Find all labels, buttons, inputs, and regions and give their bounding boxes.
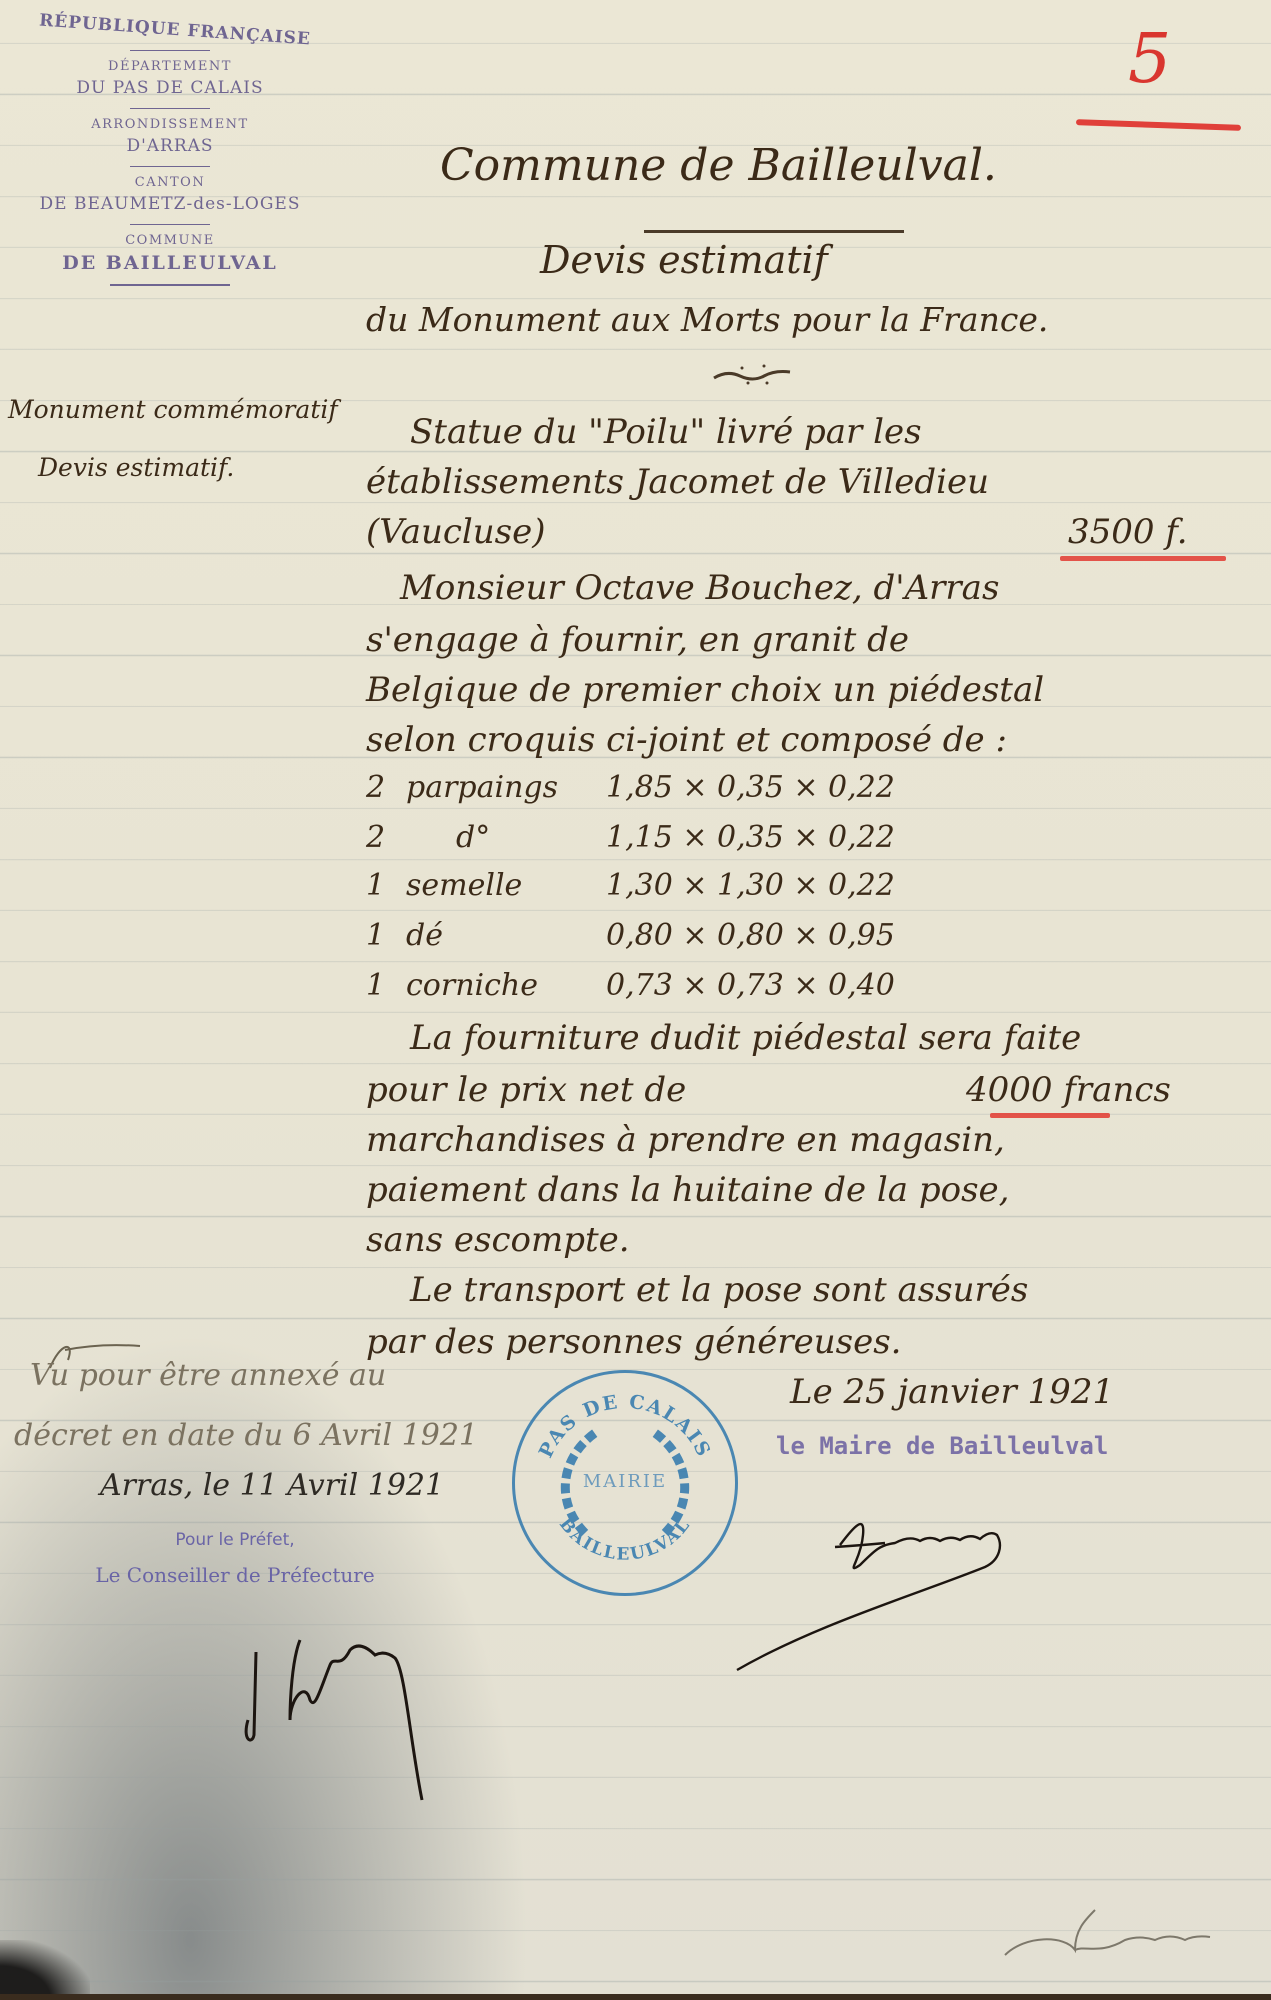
margin-note-line2: Devis estimatif. [38, 453, 234, 482]
prefecture-annotation-line2: décret en date du 6 Avril 1921 [14, 1418, 478, 1453]
document-title: Commune de Bailleulval. [440, 140, 997, 191]
stamp-divider [130, 166, 210, 167]
component-qty: 1 [366, 918, 406, 953]
mayor-stamp: le Maire de Bailleulval [776, 1432, 1108, 1460]
supply-line4: paiement dans la huitaine de la pose, [366, 1170, 1009, 1210]
prefet-stamp-line1: Pour le Préfet, [0, 1530, 470, 1550]
pedestal-line1: Monsieur Octave Bouchez, d'Arras [400, 568, 999, 608]
document-subtitle-line1: Devis estimatif [540, 238, 828, 282]
title-rule [644, 230, 904, 233]
component-dims: 0,73 × 0,73 × 0,40 [606, 968, 895, 1003]
date-line: Le 25 janvier 1921 [790, 1372, 1114, 1412]
paper-bottom-edge [0, 1994, 1271, 2000]
stamp-divider [130, 224, 210, 225]
stamp-canton-value: DE BEAUMETZ-des-LOGES [0, 194, 340, 214]
pedestal-line2: s'engage à fournir, en granit de [366, 620, 909, 660]
statue-line1: Statue du "Poilu" livré par les [410, 412, 922, 452]
stamp-commune-label: COMMUNE [0, 233, 340, 248]
stamp-canton-label: CANTON [0, 175, 340, 190]
transport-line1: Le transport et la pose sont assurés [410, 1270, 1028, 1310]
prefect-signature [230, 1620, 480, 1820]
page-number: 5 [1128, 20, 1171, 99]
component-qty: 1 [366, 968, 406, 1003]
component-item: corniche [406, 968, 606, 1003]
stamp-departement-label: DÉPARTEMENT [0, 59, 340, 74]
component-dims: 1,30 × 1,30 × 0,22 [606, 868, 895, 903]
component-row: 1semelle1,30 × 1,30 × 0,22 [366, 868, 895, 903]
component-row: 2parpaings1,85 × 0,35 × 0,22 [366, 770, 895, 805]
stamp-departement-value: DU PAS DE CALAIS [0, 78, 340, 98]
statue-price: 3500 f. [1068, 512, 1188, 552]
statue-line3: (Vaucluse) [366, 512, 546, 552]
stamp-divider [130, 50, 210, 51]
component-item: semelle [406, 868, 606, 903]
component-row: 1dé0,80 × 0,80 × 0,95 [366, 918, 895, 953]
component-row: 2d°1,15 × 0,35 × 0,22 [366, 820, 895, 855]
supply-line3: marchandises à prendre en magasin, [366, 1120, 1005, 1160]
supply-line5: sans escompte. [366, 1220, 630, 1260]
mayor-signature: Afromen [735, 1505, 1075, 1705]
pedestal-line3: Belgique de premier choix un piédestal [366, 670, 1044, 710]
stamp-commune-value: DE BAILLEULVAL [0, 252, 340, 274]
prefecture-annotation-line1: Vu pour être annexé au [30, 1358, 386, 1393]
component-dims: 1,15 × 0,35 × 0,22 [606, 820, 895, 855]
stamp-arrondissement-label: ARRONDISSEMENT [0, 117, 340, 132]
supply-line2-prefix: pour le prix net de [366, 1070, 686, 1110]
component-dims: 0,80 × 0,80 × 0,95 [606, 918, 895, 953]
bottom-pencil-signature: D. Marié [975, 1895, 1235, 1975]
svg-text:PAS DE CALAIS: PAS DE CALAIS [535, 1391, 715, 1462]
component-item: d° [406, 820, 606, 855]
stamp-arrondissement-value: D'ARRAS [0, 136, 340, 156]
component-item: parpaings [406, 770, 606, 805]
document-subtitle-line2: du Monument aux Morts pour la France. [366, 300, 1048, 339]
stamp-divider [130, 108, 210, 109]
mairie-seal: PAS DE CALAIS BAILLEULVAL MAIRIE [512, 1370, 738, 1596]
statue-line2: établissements Jacomet de Villedieu [366, 462, 989, 502]
component-dims: 1,85 × 0,35 × 0,22 [606, 770, 895, 805]
supply-price-red-underline [990, 1113, 1110, 1118]
component-qty: 2 [366, 820, 406, 855]
photo-corner-shadow [0, 1940, 90, 2000]
seal-center-text: MAIRIE [515, 1471, 735, 1492]
svg-text:BAILLEULVAL: BAILLEULVAL [555, 1514, 695, 1564]
supply-price: 4000 francs [966, 1070, 1171, 1110]
prefet-stamp-line2: Le Conseiller de Préfecture [0, 1563, 470, 1587]
prefecture-annotation-line3: Arras, le 11 Avril 1921 [100, 1468, 444, 1503]
administrative-header-stamp: RÉPUBLIQUE FRANÇAISE DÉPARTEMENT DU PAS … [0, 20, 340, 286]
margin-note-line1: Monument commémoratif [8, 395, 338, 424]
component-qty: 2 [366, 770, 406, 805]
component-qty: 1 [366, 868, 406, 903]
component-row: 1corniche0,73 × 0,73 × 0,40 [366, 968, 895, 1003]
component-item: dé [406, 918, 606, 953]
statue-price-red-underline [1060, 556, 1226, 561]
supply-line1: La fourniture dudit piédestal sera faite [410, 1018, 1081, 1058]
flourish-ornament-icon [712, 362, 792, 386]
pedestal-line4: selon croquis ci-joint et composé de : [366, 720, 1007, 760]
transport-line2: par des personnes généreuses. [366, 1322, 901, 1362]
stamp-ornament-divider [110, 284, 230, 286]
